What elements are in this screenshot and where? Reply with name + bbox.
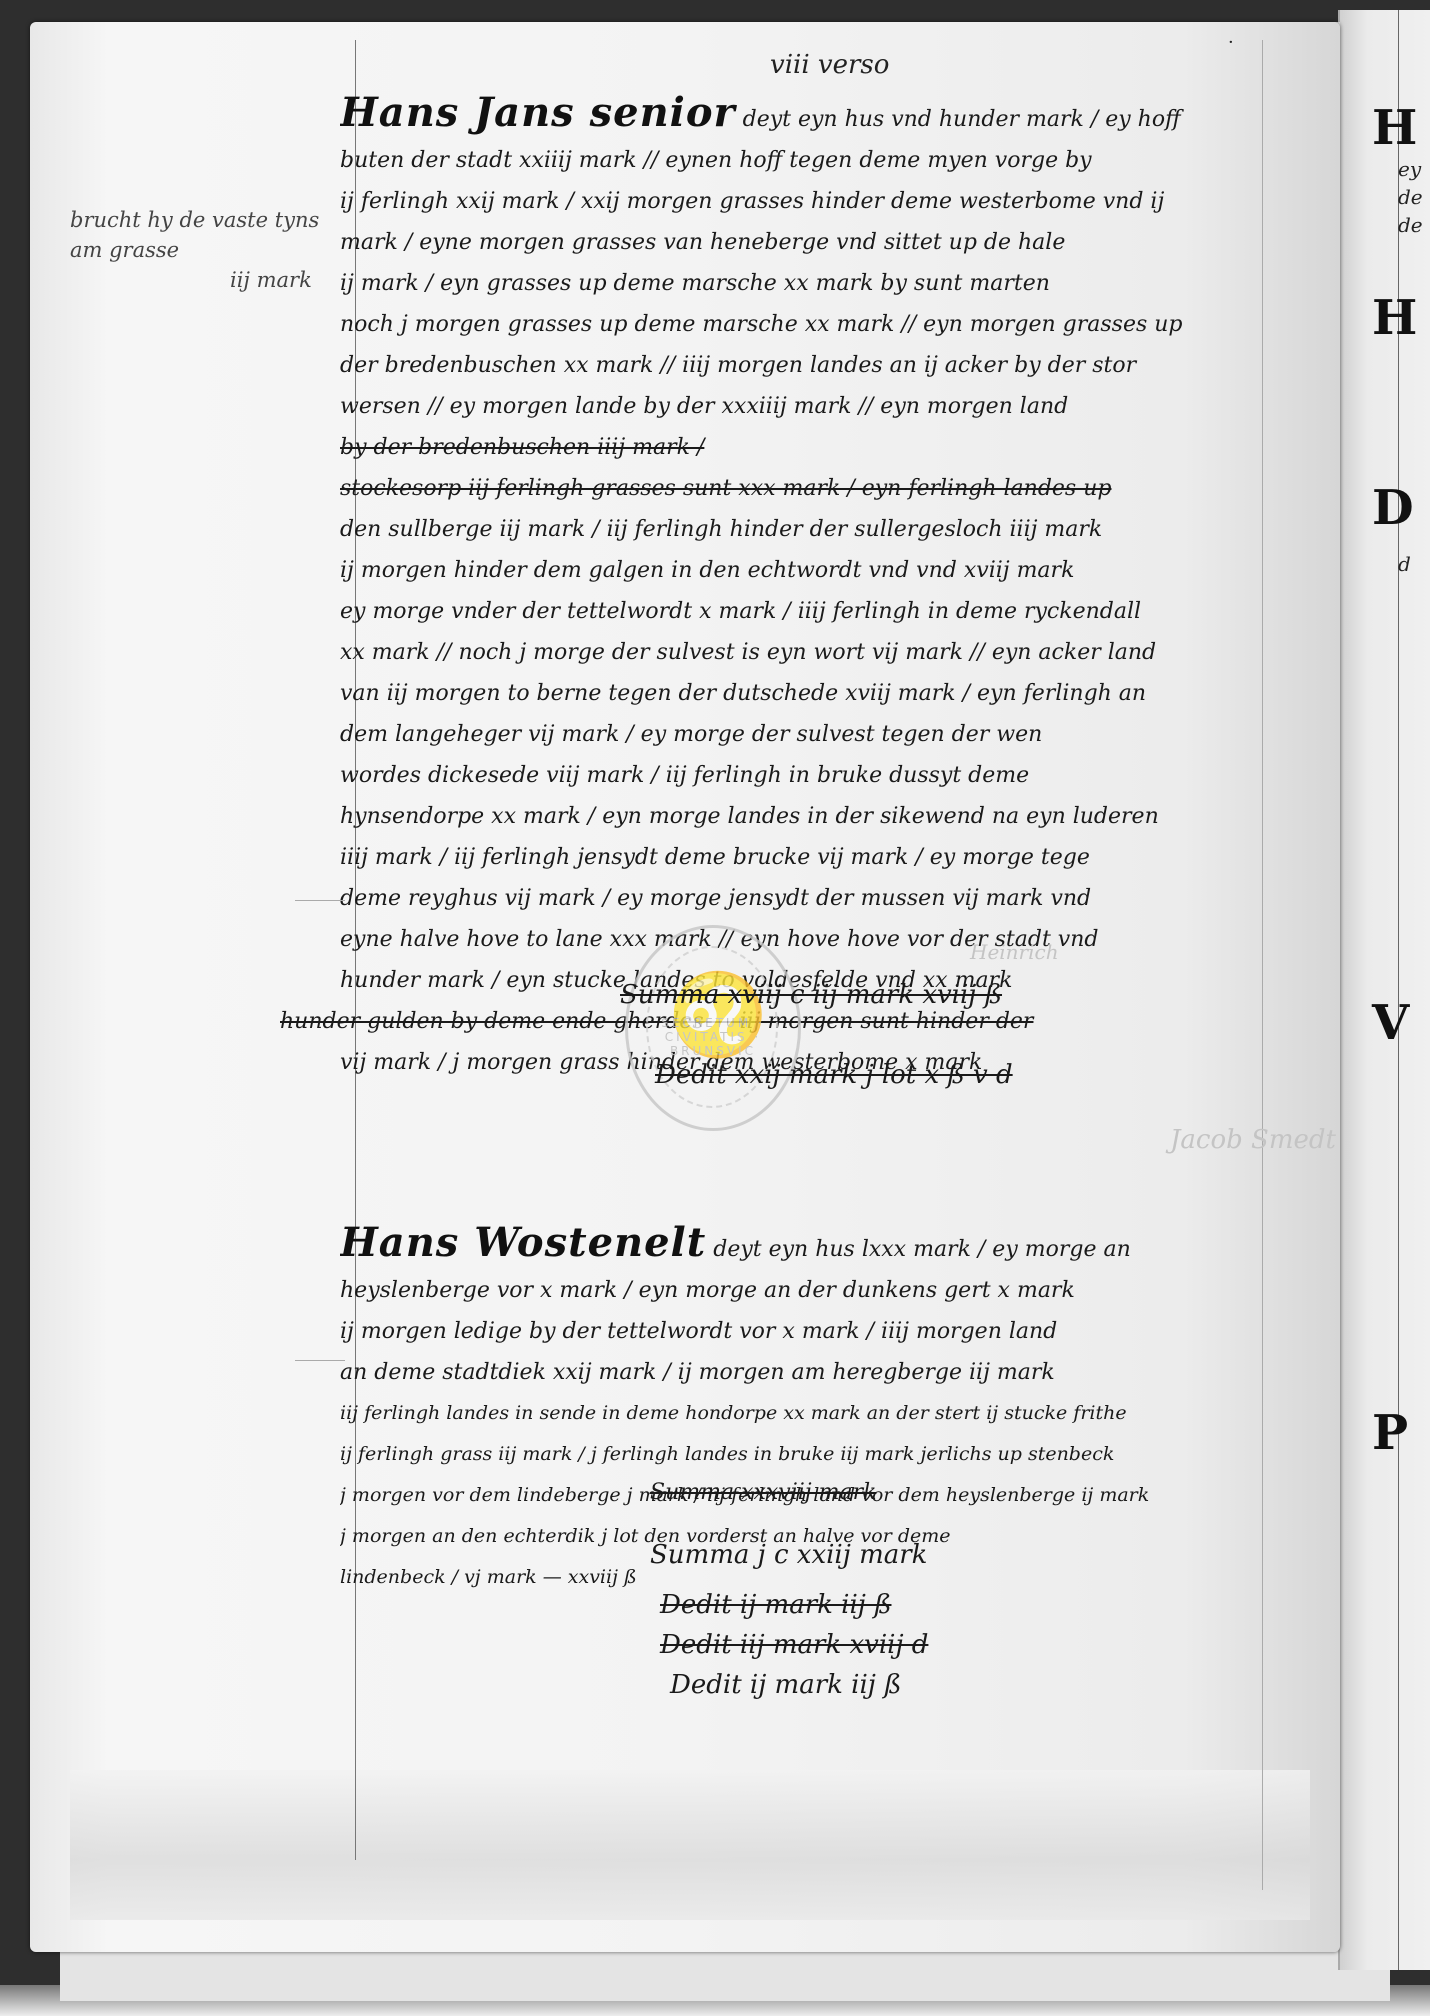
- entry-line: iij ferlingh landes in sende in deme hon…: [340, 1393, 1290, 1434]
- bleedthrough-text: Heinrich: [970, 940, 1059, 964]
- adjacent-initial: V: [1372, 995, 1409, 1051]
- entry-name: Hans Wostenelt: [340, 1222, 706, 1266]
- entry-line: mark / eyne morgen grasses van heneberge…: [340, 222, 1290, 263]
- adjacent-initial: D: [1372, 480, 1414, 536]
- entry-line: eyne halve hove to lane xxx mark // eyn …: [340, 919, 1290, 960]
- margin-note: brucht hy de vaste tyns am grasse iij ma…: [70, 205, 340, 295]
- entry-dedit-struck: Dedit ij mark iij ß: [660, 1590, 891, 1620]
- margin-note-line: am grasse: [70, 235, 340, 265]
- margin-note-line: iij mark: [70, 265, 340, 295]
- entry-summa: Summa xviij c iij mark xviij ß: [620, 980, 1002, 1010]
- entry-line: ey morge vnder der tettelwordt x mark / …: [340, 591, 1290, 632]
- entry-line: heyslenberge vor x mark / eyn morge an d…: [340, 1270, 1290, 1311]
- entry-line: dem langeheger vij mark / ey morge der s…: [340, 714, 1290, 755]
- adjacent-initial: P: [1372, 1405, 1408, 1461]
- corner-mark: ·: [1228, 32, 1234, 53]
- entry-line: van iij morgen to berne tegen der dutsch…: [340, 673, 1290, 714]
- entry-line: wersen // ey morgen lande by der xxxiiij…: [340, 386, 1290, 427]
- entry-line-struck: stockesorp iij ferlingh grasses sunt xxx…: [340, 468, 1290, 509]
- entry-dedit: Dedit xxij mark j lot x ß v d: [655, 1060, 1013, 1090]
- adjacent-initial: H: [1372, 100, 1417, 156]
- entry-dedit-struck: Dedit iij mark xviij d: [660, 1630, 928, 1660]
- pointer-mark: [295, 1360, 345, 1361]
- entry-dedit: Dedit ij mark iij ß: [670, 1670, 901, 1700]
- margin-note-line: brucht hy de vaste tyns: [70, 205, 340, 235]
- entry-line: noch j morgen grasses up deme marsche xx…: [340, 304, 1290, 345]
- archive-stamp-seal: ♌ SECRETUM · CIVITATIS · BRUNSVIC: [625, 925, 801, 1131]
- entry-line: ij morgen hinder dem galgen in den echtw…: [340, 550, 1290, 591]
- entry-line: buten der stadt xxiiij mark // eynen hof…: [340, 140, 1290, 181]
- adjacent-initial: H: [1372, 290, 1417, 346]
- folio-number: viii verso: [770, 50, 889, 80]
- entry-line: ij mark / eyn grasses up deme marsche xx…: [340, 263, 1290, 304]
- adjacent-fragment: ey de de: [1398, 155, 1423, 239]
- entry-line: deyt eyn hus vnd hunder mark / ey hoff: [743, 107, 1181, 132]
- entry-line: deyt eyn hus lxxx mark / ey morge an: [713, 1237, 1131, 1262]
- entry-hans-jans-senior: Hans Jans senior deyt eyn hus vnd hunder…: [340, 92, 1290, 1083]
- entry-name: Hans Jans senior: [340, 92, 736, 136]
- entry-line: xx mark // noch j morge der sulvest is e…: [340, 632, 1290, 673]
- seal-text: SECRETUM · CIVITATIS · BRUNSVIC: [628, 1016, 798, 1058]
- entry-line: hynsendorpe xx mark / eyn morge landes i…: [340, 796, 1290, 837]
- entry-line-struck: by der bredenbuschen iiij mark /: [340, 427, 1290, 468]
- entry-struck-summa: Summa xxxviij mark: [650, 1480, 876, 1505]
- entry-line: ij morgen ledige by der tettelwordt vor …: [340, 1311, 1290, 1352]
- entry-line: der bredenbuschen xx mark // iiij morgen…: [340, 345, 1290, 386]
- bleedthrough-text: Jacob Smedt: [1170, 1125, 1336, 1155]
- entry-line: iiij mark / iij ferlingh jensydt deme br…: [340, 837, 1290, 878]
- entry-line: wordes dickesede viij mark / iij ferling…: [340, 755, 1290, 796]
- entry-summa: Summa j c xxiij mark: [650, 1540, 927, 1570]
- pointer-mark: [295, 900, 345, 901]
- entry-line: den sullberge iij mark / iij ferlingh hi…: [340, 509, 1290, 550]
- entry-line: ij ferlingh grass iij mark / j ferlingh …: [340, 1434, 1290, 1475]
- entry-line: deme reyghus vij mark / ey morge jensydt…: [340, 878, 1290, 919]
- page-bottom-bleed: [70, 1770, 1310, 1920]
- adjacent-fragment: d: [1398, 550, 1411, 578]
- entry-line: ij ferlingh xxij mark / xxij morgen gras…: [340, 181, 1290, 222]
- entry-line: an deme stadtdiek xxij mark / ij morgen …: [340, 1352, 1290, 1393]
